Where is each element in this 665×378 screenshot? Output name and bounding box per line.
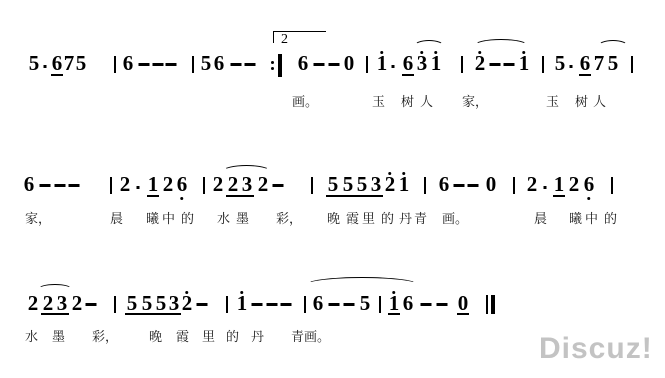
duration-dash <box>197 303 208 306</box>
note: 2 <box>28 296 39 311</box>
note: 5 <box>142 296 153 311</box>
duration-dash <box>86 303 97 306</box>
underline-beam <box>154 313 181 315</box>
lyric-syllable: 青 <box>291 330 304 346</box>
thick-bar <box>491 295 495 314</box>
note: 5 <box>127 296 138 311</box>
duration-dash <box>329 303 340 306</box>
note: 3 <box>57 296 68 311</box>
barline <box>226 296 228 313</box>
note: 2 <box>72 296 83 311</box>
lyric-syllable: 的 <box>226 330 239 346</box>
note: 1 <box>389 296 400 311</box>
final-barline <box>486 295 496 314</box>
underline-beam <box>388 313 400 315</box>
note: 6 <box>403 296 414 311</box>
duration-dash <box>421 303 432 306</box>
octave-dot-high <box>241 291 244 294</box>
note: 3 <box>169 296 180 311</box>
discuz-watermark: Discuz! <box>539 334 653 364</box>
note: 5 <box>360 296 371 311</box>
note: 1 <box>237 296 248 311</box>
barline <box>304 296 306 313</box>
duration-dash <box>344 303 355 306</box>
lyric-syllable: 丹 <box>251 330 264 346</box>
barline <box>379 296 381 313</box>
octave-dot-high <box>393 291 396 294</box>
note: 5 <box>156 296 167 311</box>
duration-dash <box>437 303 448 306</box>
lyric-syllable: 画。 <box>304 330 330 346</box>
underline-beam <box>457 313 469 315</box>
rest: 0 <box>458 296 469 311</box>
slur <box>306 277 418 292</box>
barline <box>114 296 116 313</box>
sheet-music-page: 56756566016312156752画。玉树人家，玉树人6212622325… <box>0 0 665 378</box>
duration-dash <box>252 303 263 306</box>
lyric-syllable: 水 <box>25 330 38 346</box>
duration-dash <box>267 303 278 306</box>
lyric-syllable: 里 <box>202 330 215 346</box>
lyric-syllable: 晚 <box>149 330 162 346</box>
duration-dash <box>281 303 292 306</box>
note: 2 <box>43 296 54 311</box>
lyric-syllable: 彩， <box>92 330 118 346</box>
octave-dot-high <box>186 291 189 294</box>
lyric-syllable: 霞 <box>176 330 189 346</box>
lyric-syllable: 墨 <box>52 330 65 346</box>
note: 6 <box>313 296 324 311</box>
note: 2 <box>182 296 193 311</box>
slur <box>38 284 72 294</box>
underline-beam <box>125 313 154 315</box>
underline-beam <box>41 313 69 315</box>
thin-bar <box>486 295 488 314</box>
notation-system-3: 223255532165160水墨彩，晚霞里的丹青画。 <box>0 0 665 378</box>
